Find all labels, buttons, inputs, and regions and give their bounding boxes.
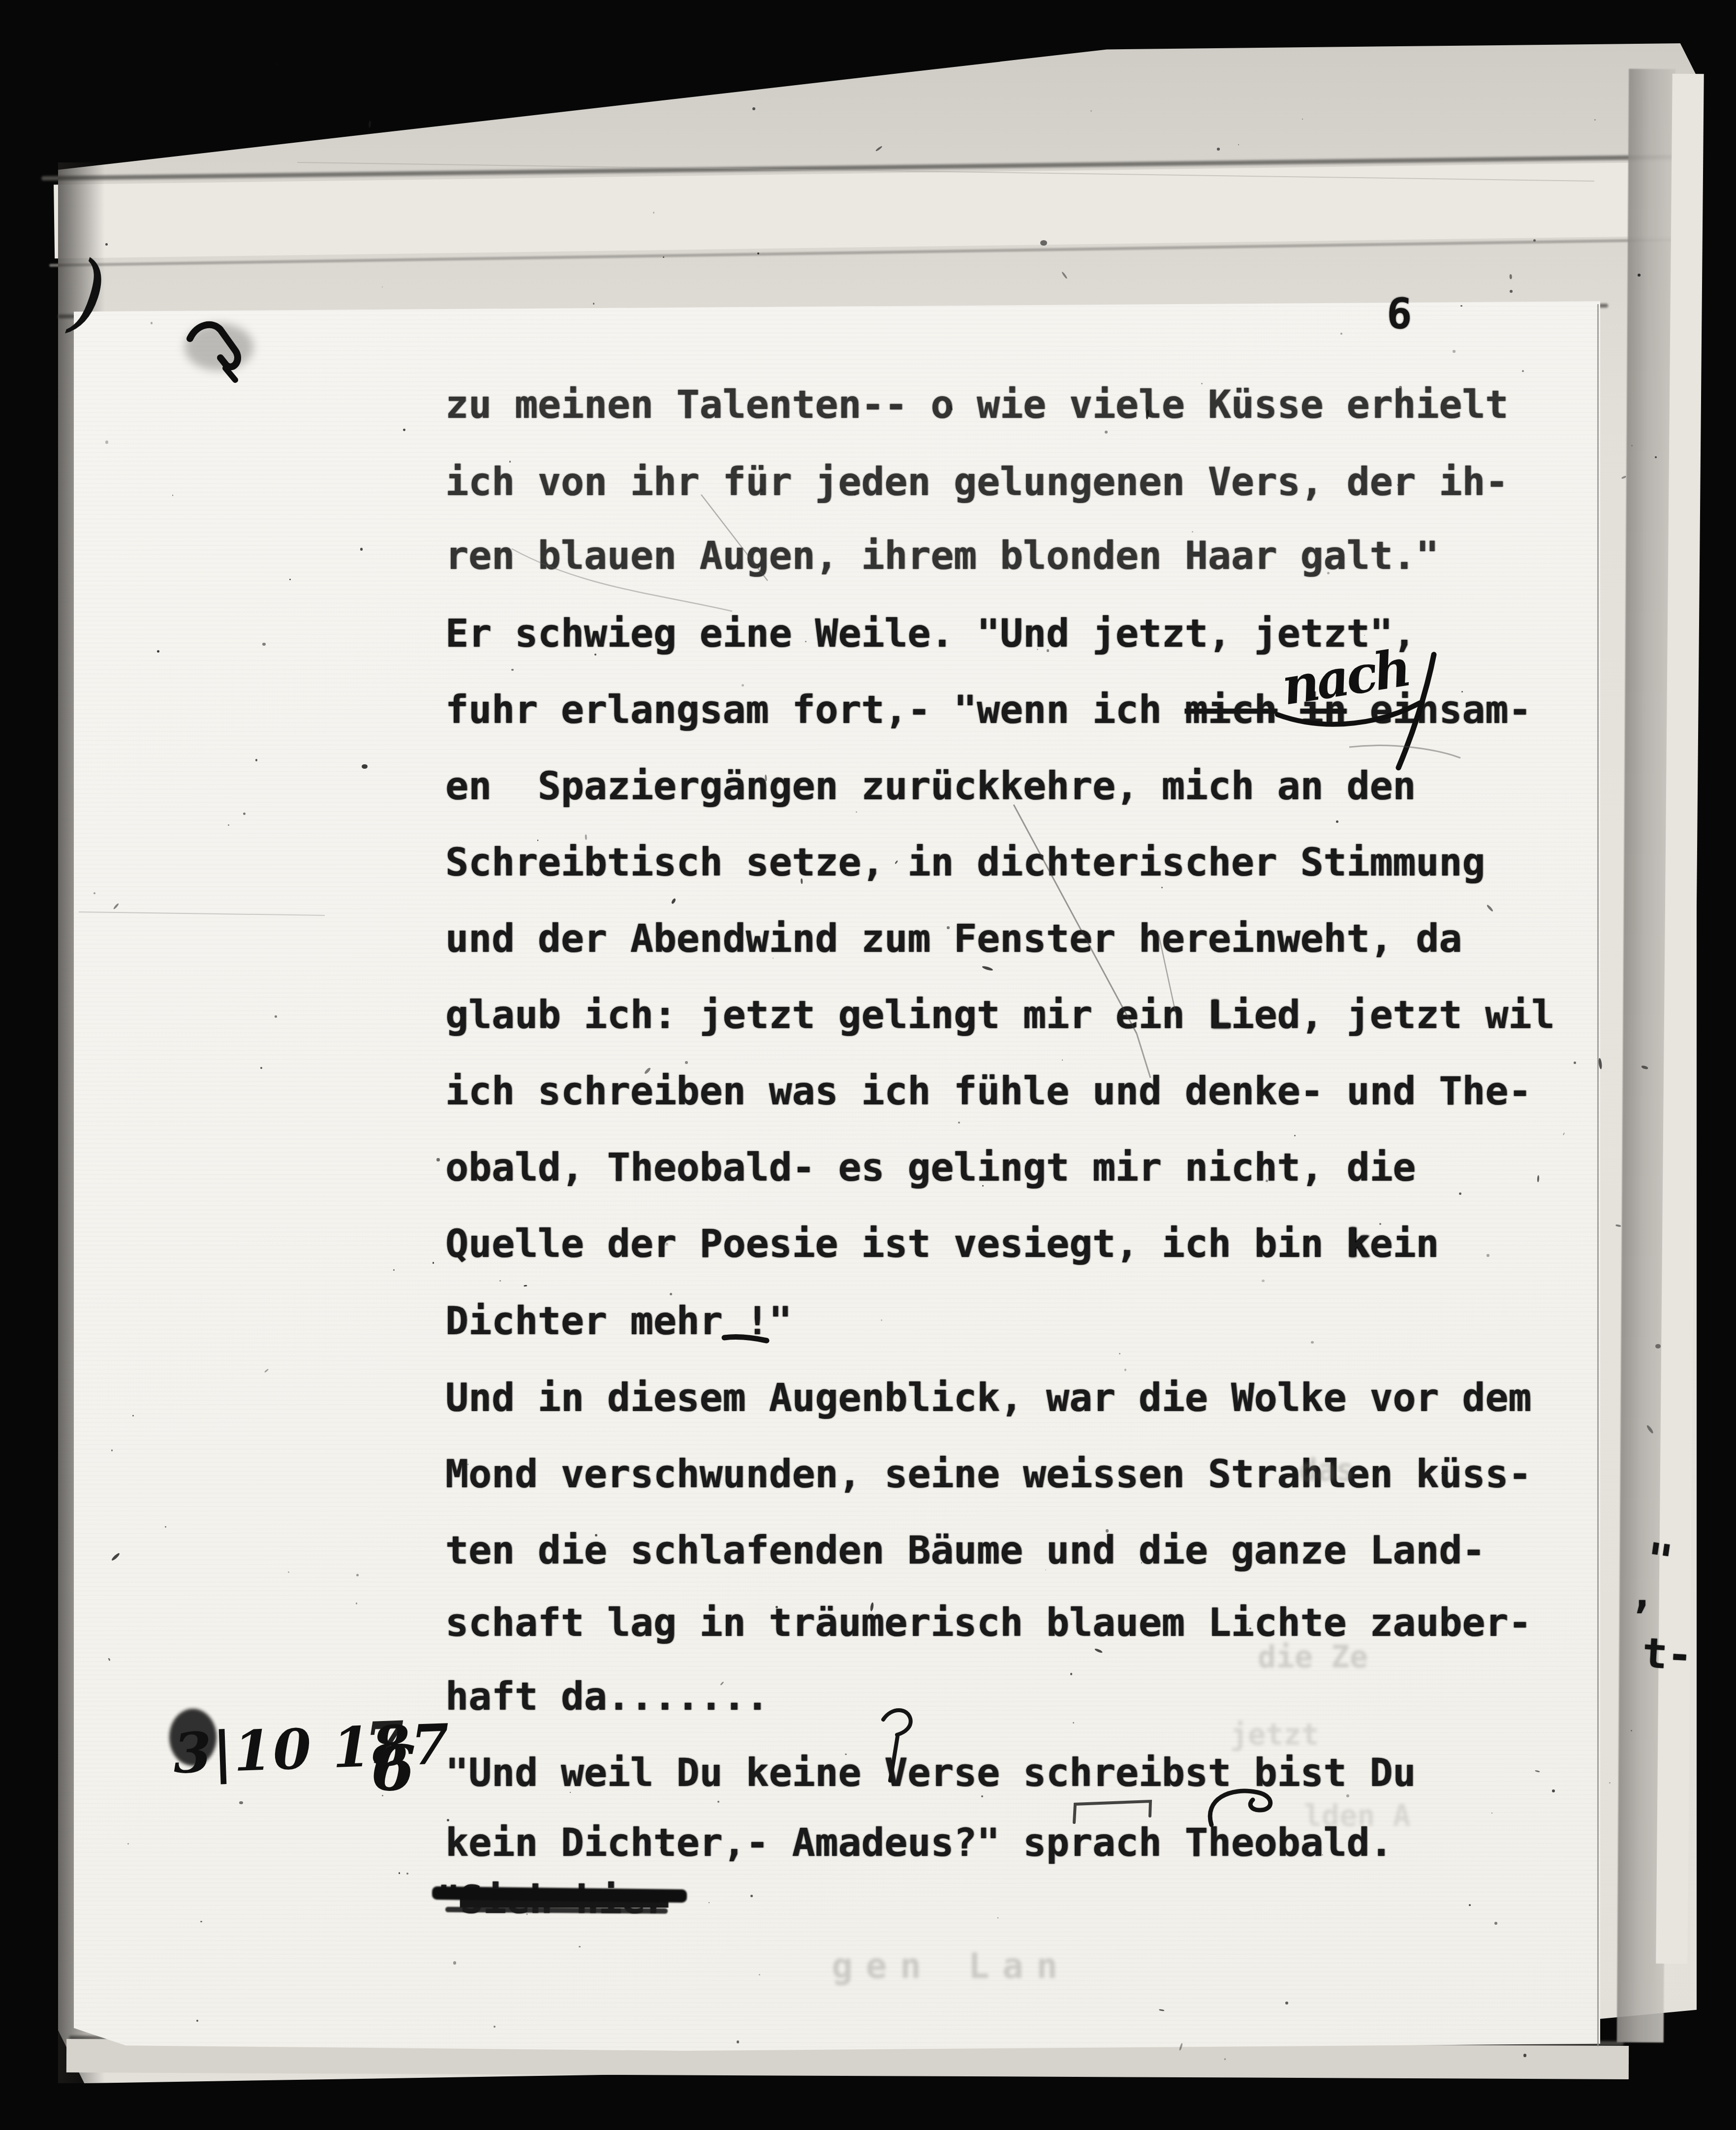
- ink-squiggle-tail: [225, 368, 235, 380]
- margin-date-over-digit: 6: [370, 1731, 416, 1806]
- scanned-document: { "document": { "page_number": "6", "typ…: [0, 0, 1736, 2130]
- bracket-mark-over-sprach: [1074, 1801, 1150, 1822]
- handwriting-overlay: ) nach 3|10 187 7 6: [0, 0, 1736, 2130]
- handwritten-insertion-word: nach: [1278, 637, 1413, 717]
- scratch-line: [1137, 1034, 1150, 1078]
- scratch-line: [297, 162, 1594, 181]
- flourish-mark: [1210, 1791, 1271, 1825]
- caret-mark-above-verse: [883, 1710, 911, 1781]
- scratch-line: [79, 912, 325, 915]
- scratch-line: [1159, 935, 1176, 1015]
- scratch-line: [1014, 805, 1137, 1034]
- scratch-curve: [512, 549, 732, 611]
- scratch-line: [701, 495, 768, 581]
- hand-dash-mark: [724, 1337, 767, 1341]
- left-margin-paren-mark: ): [64, 241, 111, 345]
